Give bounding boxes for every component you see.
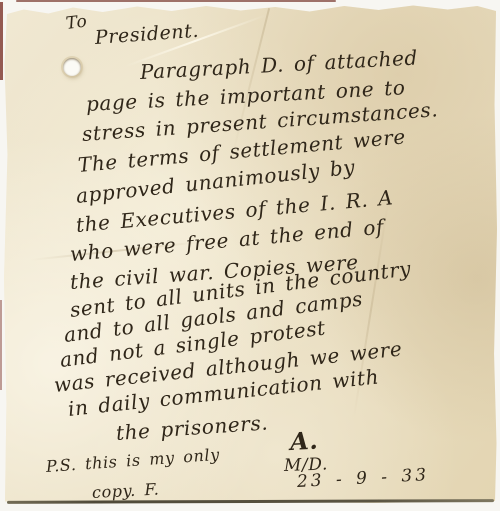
scan-edge-artifact: [0, 2, 3, 80]
postscript-line: copy. F.: [92, 479, 160, 502]
scan-edge-artifact: [16, 0, 336, 2]
scanned-note: To President. Paragraph D. of attached p…: [0, 0, 500, 511]
paper-bottom-edge: [7, 499, 494, 504]
salutation-to: To: [65, 11, 89, 33]
scan-edge-artifact: [0, 300, 2, 390]
punch-hole: [63, 58, 81, 76]
signature-initial: A.: [289, 426, 319, 456]
